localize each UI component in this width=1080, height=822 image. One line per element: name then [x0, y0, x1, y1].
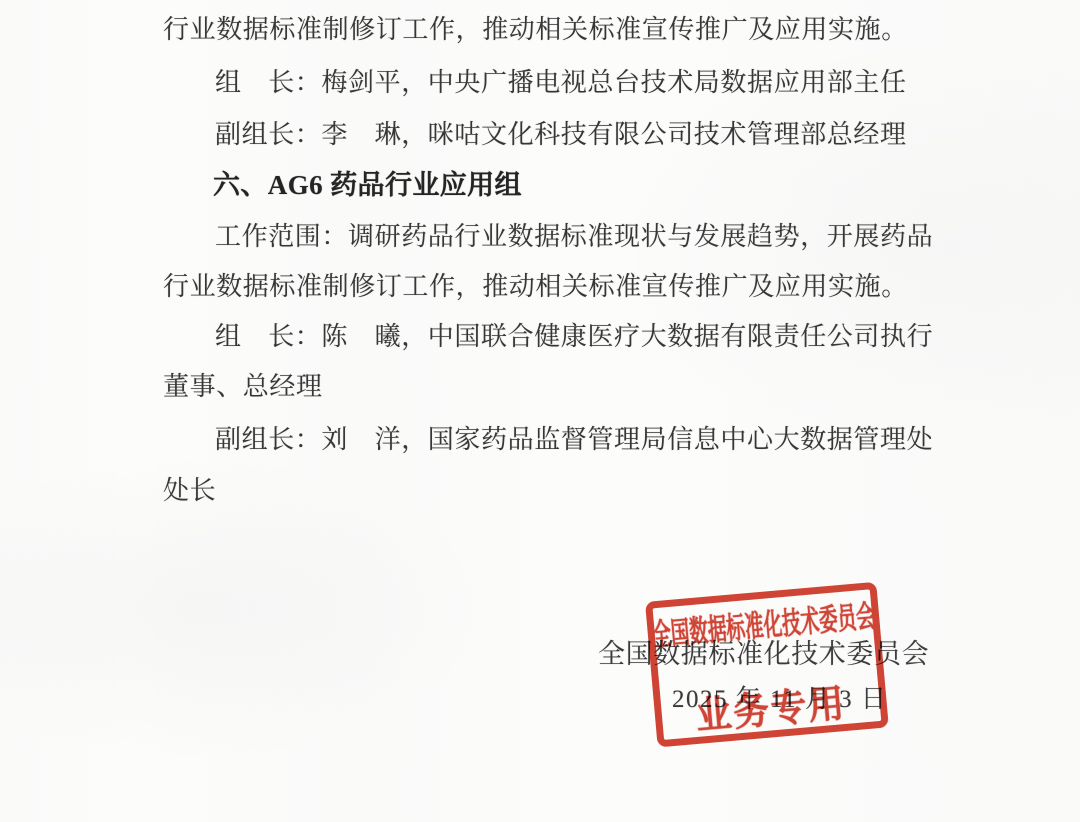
title-continuation-line: 处长: [163, 474, 216, 508]
group-leader-line: 组 长：梅剑平，中央广播电视总台技术局数据应用部主任: [215, 66, 907, 100]
deputy-leader-line: 副组长：刘 洋，国家药品监督管理局信息中心大数据管理处: [215, 423, 933, 457]
section-heading-ag6: 六、AG6 药品行业应用组: [213, 168, 522, 202]
official-seal: 全国数据标准化技术委员会 业务专用: [645, 582, 889, 748]
scanned-document-page: 行业数据标准制修订工作，推动相关标准宣传推广及应用实施。 组 长：梅剑平，中央广…: [0, 0, 1080, 822]
group-leader-line: 组 长：陈 曦，中国联合健康医疗大数据有限责任公司执行: [215, 320, 933, 354]
seal-organization-text: 全国数据标准化技术委员会: [650, 591, 876, 654]
deputy-leader-line: 副组长：李 琳，咪咕文化科技有限公司技术管理部总经理: [215, 118, 907, 152]
work-scope-line: 工作范围：调研药品行业数据标准现状与发展趋势，开展药品: [215, 220, 933, 254]
title-continuation-line: 董事、总经理: [163, 370, 323, 404]
paragraph-continuation-line: 行业数据标准制修订工作，推动相关标准宣传推广及应用实施。: [163, 13, 908, 47]
seal-purpose-text: 业务专用: [693, 672, 848, 740]
paragraph-continuation-line: 行业数据标准制修订工作，推动相关标准宣传推广及应用实施。: [163, 270, 908, 304]
